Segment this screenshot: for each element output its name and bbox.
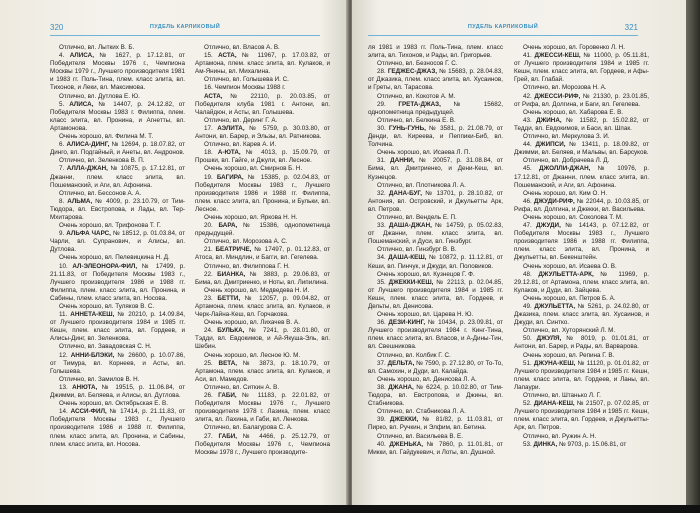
registry-entry: 41. ДЖЕССИ-КЕШ, № 11000, р. 05.11.81, от…	[514, 52, 649, 84]
entry-text: Отлично, вл. Безносов Г. С.	[377, 60, 458, 67]
entry-number: 46.	[523, 198, 532, 205]
dog-name: АЛ-ЭЛЕОНОРА-ФИЛ,	[72, 263, 137, 270]
entry-text: Очень хорошо, вл. Исаева Л. П.	[377, 149, 470, 156]
entry-text: Очень хорошо, вл. Исаева О. В.	[523, 263, 617, 270]
entry-text: Очень хорошо, вл. Репина Г. В.	[523, 352, 614, 359]
registry-entry: 12. АННИ-БЛЭКИ, № 26600, р. 10.07.86, от…	[50, 352, 185, 376]
dog-name: ДЖОЛЛИ-ДЖАН,	[539, 165, 590, 172]
registry-entry: 51. ДЖУНА-КЕШ, № 11120, р. 01.01.82, от …	[514, 360, 649, 392]
entry-number: 25.	[204, 360, 213, 367]
entry-text: Очень хорошо, вл. Соколова Т. М.	[523, 214, 623, 221]
entry-text: Очень хорошо, вл. Кузнецов Г. Ф.	[377, 271, 475, 278]
dog-name: АННЕТА-КЕШ,	[70, 311, 114, 318]
entry-number: 35.	[377, 279, 386, 286]
dog-name: ДЖЕККИ,	[390, 416, 418, 423]
entry-number: 27.	[204, 433, 213, 440]
text-column: Отлично, вл. Власов А. В.15. АСТА, № 119…	[195, 44, 330, 457]
dog-name: ДЖУЛЬЕТТА,	[534, 303, 575, 310]
entry-text: Отлично, вл. Колбик Г. С.	[377, 352, 451, 359]
grade-line: Отлично, вл. Голышева И. С.	[195, 76, 330, 84]
entry-text: Отлично, вл. Меркулова З. И.	[523, 133, 609, 140]
running-head: ПУДЕЛЬ КАРЛИКОВЫЙ	[368, 24, 638, 30]
dog-name: ДЖИНА,	[536, 117, 562, 124]
grade-line: Очень хорошо, вл. Петров Б. А.	[514, 295, 649, 303]
registry-entry: АСТА, № 22110, р. 20.03.85, от Победител…	[195, 93, 330, 117]
entry-text: № 14143, р. 07.12.82, от Победителя Моск…	[514, 222, 649, 261]
registry-entry: 5. АЛИСА, № 14407, р. 24.12.82, от Побед…	[50, 101, 185, 133]
entry-text: Отлично, вл. Штанько Л. Г.	[523, 392, 601, 399]
registry-entry: 11. АННЕТА-КЕШ, № 20210, р. 14.09.84, от…	[50, 311, 185, 343]
grade-line: Очень хорошо, вл. Исаева Л. П.	[368, 149, 503, 157]
entry-text: Отлично, вл. Власов А. В.	[204, 44, 280, 51]
dog-name: БАРА,	[219, 222, 238, 229]
grade-line: Отлично, вл. Филиппова Г. Н.	[195, 263, 330, 271]
entry-number: 23.	[204, 295, 213, 302]
entry-text: Отлично, вл. Васильева В. Е.	[377, 433, 463, 440]
registry-entry: 15. АСТА, № 11967, р. 17.03.82, от Артам…	[195, 52, 330, 76]
registry-entry: 29. ГРЕТА-ДЖАЗ, № 15682, однопометница п…	[368, 101, 503, 117]
entry-text: Отлично, вл. Кокотов А. М.	[377, 93, 455, 100]
entry-text: № 8019, р. 01.01.81, от Антони, вл. Баре…	[514, 335, 649, 350]
dog-name: АЛИСА,	[69, 101, 93, 108]
entry-text: Очень хорошо, вл. Пелевицкина Н. Д.	[59, 254, 170, 261]
entry-number: 45.	[523, 165, 532, 172]
grade-line: Очень хорошо, вл. Филина М. Т.	[50, 133, 185, 141]
grade-line: Очень хорошо, вл. Лихачев В. А.	[195, 319, 330, 327]
entry-text: Очень хорошо, вл. Ким О. Н.	[523, 190, 607, 197]
dog-name: ДЖЕССИ-РИФ,	[534, 93, 580, 100]
entry-number: 36.	[377, 319, 386, 326]
registry-entry: 34. ДАША-КЕШ, № 10872, р. 11.12.81, от К…	[368, 254, 503, 270]
entry-text: Отлично, вл. Завадовская С. Н.	[59, 343, 152, 350]
entry-number: 13.	[59, 384, 68, 391]
entry-text: Очень хорошо, вл. Октябрьская Е. В.	[59, 400, 168, 407]
dog-name: ДАНА-БУГ,	[389, 190, 422, 197]
entry-text: Чемпион Москвы 1988 г.	[215, 84, 286, 91]
entry-number: 38.	[377, 384, 386, 391]
dog-name: БИАНКА,	[217, 271, 245, 278]
entry-number: 6.	[59, 141, 64, 148]
registry-entry: 53. ДИНКА, № 9703, р. 15.06.81, от	[514, 441, 649, 449]
registry-entry: 27. ГАБИ, № 4466, р. 25.12.79, от Победи…	[195, 433, 330, 457]
entry-number: 20.	[204, 222, 213, 229]
dog-name: ГЕДЖЕС-ДЖАЗ,	[388, 68, 437, 75]
entry-text: Отлично, вл. Добрачева Л. Д.	[523, 157, 609, 164]
grade-line: Отлично, вл. Завадовская С. Н.	[50, 343, 185, 351]
entry-number: 12.	[59, 352, 68, 359]
dog-name: ГРЕТА-ДЖАЗ,	[398, 101, 440, 108]
registry-entry: 50. ДЖУЛЯ, № 8019, р. 01.01.81, от Антон…	[514, 335, 649, 351]
registry-entry: 45. ДЖОЛЛИ-ДЖАН, № 10976, р. 17.12.81, о…	[514, 165, 649, 189]
entry-text: Отлично, вл. Дутлова Е. Ю.	[59, 93, 140, 100]
grade-line: Отлично, вл. Плотникова Л. А.	[368, 182, 503, 190]
dog-name: АЛИСА,	[70, 52, 94, 59]
grade-line: Очень хорошо, вл. Смирнов Б. Н.	[195, 165, 330, 173]
grade-line: Очень хорошо, вл. Медведева Н. И.	[195, 287, 330, 295]
dog-name: АСТА,	[204, 93, 223, 100]
grade-line: Очень хорошо, вл. Царева Н. Ю.	[368, 311, 503, 319]
dog-name: АЛЬФА ЧАРС,	[66, 230, 111, 237]
entry-number: 44.	[523, 141, 532, 148]
entry-text: Отлично, вл. Деринг Г. А.	[204, 117, 277, 124]
entry-text: № 20057, р. 31.08.84, от Бима, вл. Дмитр…	[368, 157, 503, 180]
registry-entry: 33. ДАША-ДЖАН, № 14759, р. 05.02.83, от …	[368, 222, 503, 246]
registry-entry: 35. ДЖЕККИ-КЕШ, № 22113, р. 02.04.85, от…	[368, 279, 503, 311]
entry-text: Отлично, вл. Морозова А. С.	[204, 238, 288, 245]
text-column: Отлично, вл. Лытких В. Б.4. АЛИСА, № 162…	[50, 44, 185, 449]
grade-line: Отлично, вл. Хуторянский Л. М.	[514, 327, 649, 335]
dog-name: ДЖЕНЬКА,	[389, 441, 423, 448]
entry-text: № 11183, р. 22.01.82, от Победителя Моск…	[195, 392, 330, 423]
dog-name: А-ЮТА,	[218, 149, 241, 156]
grade-line: Очень хорошо, вл. Трифонова Т. Г.	[50, 222, 185, 230]
entry-text: № 11582, р. 15.02.82, от Тедди, вл. Евдо…	[514, 117, 649, 132]
entry-number: 10.	[59, 263, 68, 270]
grade-line: Очень хорошо, вл. Репина Г. В.	[514, 352, 649, 360]
registry-entry: 22. БИАНКА, № 3883, р. 29.06.83, от Бима…	[195, 271, 330, 287]
registry-entry: 30. ГУНЬ-ГУНЬ, № 3581, р. 21.08.79, от Д…	[368, 125, 503, 149]
grade-line: Очень хорошо, вл. Горовенко Л. Н.	[514, 44, 649, 52]
grade-line: Отлично, вл. Васильева В. Е.	[368, 433, 503, 441]
registry-entry: 23. БЕТТИ, № 12057, р. 09.04.82, от Арта…	[195, 295, 330, 319]
registry-entry: 43. ДЖИНА, № 11582, р. 15.02.82, от Тедд…	[514, 117, 649, 133]
entry-text: Отлично, вл. Плотникова Л. А.	[377, 182, 466, 189]
registry-entry: 49. ДЖУЛЬЕТТА, № 5261, р. 24.02.80, от Д…	[514, 303, 649, 327]
registry-entry: 21. БЕАТРИЧЕ, № 17497, р. 01.12.83, от А…	[195, 246, 330, 262]
dog-name: ДЖЕККИ-КЕШ,	[389, 279, 434, 286]
entry-text: Очень хорошо, вл. Медведева Н. И.	[204, 287, 309, 294]
entry-text: № 19515, р. 11.06.84, от Джимми, вл. Бел…	[50, 384, 185, 399]
entry-text: Очень хорошо, вл. Лесное Ю. М.	[204, 352, 300, 359]
grade-line: Очень хорошо, вл. Октябрьская Е. В.	[50, 400, 185, 408]
entry-text: № 7241, р. 28.01.80, от Тэдди, вл. Евдок…	[195, 327, 330, 350]
page-header: 320 ПУДЕЛЬ КАРЛИКОВЫЙ	[50, 23, 320, 36]
entry-number: 5.	[59, 101, 64, 108]
grade-line: Очень хорошо, вл. Кузнецов Г. Ф.	[368, 271, 503, 279]
dog-name: ДЖЕССИ-КЕШ,	[534, 52, 580, 59]
entry-text: Очень хорошо, вл. Лихачев В. А.	[204, 319, 300, 326]
dog-name: ГУНЬ-ГУНЬ,	[389, 125, 426, 132]
grade-line: Очень хорошо, вл. Ким О. Н.	[514, 190, 649, 198]
entry-text: Отлично, вл. Вендель Е. П.	[377, 214, 457, 221]
dog-name: АСТА,	[218, 52, 237, 59]
entry-number: 15.	[204, 52, 213, 59]
grade-line: Отлично, вл. Бессонов А. А.	[50, 190, 185, 198]
entry-number: 52.	[523, 400, 532, 407]
entry-text: Отлично, вл. Хуторянский Л. М.	[523, 327, 615, 334]
grade-line: Отлично, вл. Добрачева Л. Д.	[514, 157, 649, 165]
entry-number: 21.	[204, 246, 213, 253]
entry-text: Отлично, вл. Лытких В. Б.	[59, 44, 134, 51]
dog-name: БУЛЬКА,	[217, 327, 244, 334]
registry-entry: 40. ДЖЕНЬКА, № 7860, р. 11.01.81, от Мик…	[368, 441, 503, 457]
grade-line: Отлично, вл. Белкина Е. В.	[368, 117, 503, 125]
grade-line: Отлично, вл. Гинзбург В. В.	[368, 246, 503, 254]
registry-entry: 42. ДЖЕССИ-РИФ, № 21330, р. 23.01.85, от…	[514, 93, 649, 109]
entry-number: 51.	[523, 360, 532, 367]
dog-name: АЛЬМА,	[67, 198, 92, 205]
entry-text: Отлично, вл. Морозова Н. А.	[523, 84, 607, 91]
entry-number: 22.	[204, 271, 213, 278]
grade-line: Отлично, вл. Штанько Л. Г.	[514, 392, 649, 400]
entry-number: 7.	[59, 165, 64, 172]
entry-text: Отлично, вл. Белкина Е. В.	[377, 117, 456, 124]
registry-entry: 9. АЛЬФА ЧАРС, № 18512, р. 01.03.84, от …	[50, 230, 185, 254]
dog-name: ДИНКА,	[534, 441, 558, 448]
registry-entry: 37. ДЕЛЬТА, № 7590, р. 27.12.80, от То-Т…	[368, 360, 503, 376]
dog-name: ДЕЛЬТА,	[388, 360, 415, 367]
grade-line: Отлично, вл. Деринг Г. А.	[195, 117, 330, 125]
dog-name: АССИ-ФИЛ,	[71, 408, 107, 415]
dog-name: ГАБИ,	[219, 433, 238, 440]
registry-entry: 44. ДЖИПСИ, № 13411, р. 18.09.82, от Джи…	[514, 141, 649, 157]
entry-number: 19.	[204, 174, 213, 181]
entry-number: 8.	[59, 198, 64, 205]
entry-number: 34.	[377, 254, 386, 261]
entry-text: Отлично, вл. Зеленкова В. П.	[59, 157, 145, 164]
dog-name: АЛИСА-ДИНГ,	[67, 141, 110, 148]
registry-entry: 6. АЛИСА-ДИНГ, № 12694, р. 18.07.82, от …	[50, 141, 185, 157]
entry-number: 11.	[59, 311, 67, 318]
dog-name: ДЖУДИ-РИФ,	[534, 198, 575, 205]
registry-entry: 17. АЭЛИТА, № 5759, р. 30.03.80, от Анто…	[195, 125, 330, 141]
entry-number: 17.	[204, 125, 213, 132]
dog-name: ДЖУДИ,	[536, 222, 561, 229]
dog-name: БАГИРА,	[217, 174, 244, 181]
text-column: Очень хорошо, вл. Горовенко Л. Н.41. ДЖЕ…	[514, 44, 649, 449]
entry-number: 40.	[377, 441, 386, 448]
entry-number: 31.	[377, 157, 386, 164]
entry-text: Отлично, вл. Ситкин А. В.	[204, 384, 279, 391]
grade-line: Отлично, вл. Ружин А. Н.	[514, 433, 649, 441]
entry-number: 18.	[204, 149, 213, 156]
entry-text: Отлично, вл. Замилов В. Н.	[59, 376, 139, 383]
dog-name: ДАША-ДЖАН,	[389, 222, 432, 229]
registry-entry: 26. ГАБИ, № 11183, р. 22.01.82, от Побед…	[195, 392, 330, 424]
registry-entry: 16. Чемпион Москвы 1988 г.	[195, 84, 330, 92]
registry-entry: 10. АЛ-ЭЛЕОНОРА-ФИЛ, № 17499, р. 21.11.8…	[50, 263, 185, 303]
page-header: ПУДЕЛЬ КАРЛИКОВЫЙ 321	[368, 23, 638, 36]
entry-number: 29.	[377, 101, 386, 108]
entry-text: Очень хорошо, вл. Яркова Н. Н.	[204, 214, 297, 221]
grade-line: Отлично, вл. Зеленкова В. П.	[50, 157, 185, 165]
dog-name: ВЕТА,	[219, 360, 238, 367]
registry-entry: 18. А-ЮТА, № 4013, р. 15.09.79, от Прошк…	[195, 149, 330, 165]
grade-line: Отлично, вл. Карев А. И.	[195, 141, 330, 149]
dog-name: ДАННИ,	[390, 157, 414, 164]
scan-border	[0, 505, 700, 513]
registry-entry: 39. ДЖЕККИ, № 81/82, р. 11.03.81, от Пир…	[368, 416, 503, 432]
dog-name: АЭЛИТА,	[217, 125, 244, 132]
grade-line: Очень хорошо, вл. Денисова Л. А.	[368, 376, 503, 384]
entry-text: Отлично, вл. Карев А. И.	[204, 141, 276, 148]
registry-entry: ля 1981 и 1983 гг. Поль-Тина, плем. клас…	[368, 44, 503, 60]
entry-text: № 15385, р. 02.04.83, от Победителя Моск…	[195, 174, 330, 213]
entry-number: 4.	[59, 52, 64, 59]
entry-text: Очень хорошо, вл. Горовенко Л. Н.	[523, 44, 625, 51]
grade-line: Отлично, вл. Власов А. В.	[195, 44, 330, 52]
registry-entry: 20. БАРА, № 15386, однопометница предыду…	[195, 222, 330, 238]
entry-number: 47.	[523, 222, 532, 229]
entry-number: 26.	[204, 392, 213, 399]
entry-number: 42.	[523, 93, 532, 100]
dog-name: АННИ-БЛЭКИ,	[71, 352, 115, 359]
entry-text: № 4013, р. 15.09.79, от Прошки, вл. Гайг…	[195, 149, 330, 164]
grade-line: Очень хорошо, вл. Пелевицкина Н. Д.	[50, 254, 185, 262]
dog-name: ДЖИПСИ,	[535, 141, 565, 148]
dog-name: ДЕЗИ-КИНГ,	[388, 319, 425, 326]
entry-number: 43.	[523, 117, 532, 124]
registry-entry: 14. АССИ-ФИЛ, № 17414, р. 21.11.83, от П…	[50, 408, 185, 448]
entry-text: № 12057, р. 09.04.82, от Артамона, плем.…	[195, 295, 330, 318]
grade-line: Отлично, вл. Колбик Г. С.	[368, 352, 503, 360]
registry-entry: 38. ДЖАНА, № 6224, р. 10.02.80, от Тим-Т…	[368, 384, 503, 408]
entry-text: Очень хорошо, вл. Хабарова Е. В.	[523, 109, 623, 116]
running-head: ПУДЕЛЬ КАРЛИКОВЫЙ	[50, 24, 320, 30]
dog-name: ДЖАНА,	[388, 384, 414, 391]
text-column: ля 1981 и 1983 гг. Поль-Тина, плем. клас…	[368, 44, 503, 457]
left-page: 320 ПУДЕЛЬ КАРЛИКОВЫЙ Отлично, вл. Лытки…	[0, 0, 348, 505]
entry-text: Очень хорошо, вл. Трифонова Т. Г.	[59, 222, 161, 229]
registry-entry: 28. ГЕДЖЕС-ДЖАЗ, № 15683, р. 28.04.83, о…	[368, 68, 503, 92]
grade-line: Отлично, вл. Стабникова Л. А.	[368, 408, 503, 416]
grade-line: Очень хорошо, вл. Туляков В. С.	[50, 303, 185, 311]
registry-entry: 31. ДАННИ, № 20057, р. 31.08.84, от Бима…	[368, 157, 503, 181]
entry-number: 32.	[377, 190, 386, 197]
entry-text: Отлично, вл. Гинзбург В. В.	[377, 246, 457, 253]
entry-text: Очень хорошо, вл. Туляков В. С.	[59, 303, 154, 310]
registry-entry: 24. БУЛЬКА, № 7241, р. 28.01.80, от Тэдд…	[195, 327, 330, 351]
dog-name: АЛЛА-ДЖАН,	[67, 165, 108, 172]
dog-name: БЕТТИ,	[217, 295, 240, 302]
entry-text: № 15386, однопометница предыдущей.	[195, 222, 330, 237]
grade-line: Отлично, вл. Морозова Н. А.	[514, 84, 649, 92]
entry-text: Очень хорошо, вл. Смирнов Б. Н.	[204, 165, 302, 172]
grade-line: Отлично, вл. Замилов В. Н.	[50, 376, 185, 384]
registry-entry: 19. БАГИРА, № 15385, р. 02.04.83, от Поб…	[195, 174, 330, 214]
registry-entry: 48. ДЖУЛЬЕТТА-АРК, № 11969, р. 29.12.81,…	[514, 271, 649, 295]
entry-number: 30.	[377, 125, 386, 132]
entry-text: № 3883, р. 29.06.83, от Бима, вл. Дмитри…	[195, 271, 330, 286]
entry-number: 28.	[377, 68, 386, 75]
dog-name: ДЖУЛЯ,	[537, 335, 562, 342]
dog-name: ДЖУЛЬЕТТА-АРК,	[538, 271, 593, 278]
entry-text: № 9703, р. 15.06.81, от	[559, 441, 626, 448]
grade-line: Очень хорошо, вл. Соколова Т. М.	[514, 214, 649, 222]
dog-name: ДЖУНА-КЕШ,	[534, 360, 576, 367]
grade-line: Отлично, вл. Дутлова Е. Ю.	[50, 93, 185, 101]
dog-name: ДАША-КЕШ,	[388, 254, 426, 261]
entry-number: 9.	[59, 230, 64, 237]
entry-number: 16.	[204, 84, 213, 91]
book-edge	[686, 0, 700, 513]
grade-line: Очень хорошо, вл. Лесное Ю. М.	[195, 352, 330, 360]
entry-number: 37.	[377, 360, 386, 367]
entry-number: 49.	[523, 303, 532, 310]
grade-line: Отлично, вл. Ситкин А. В.	[195, 384, 330, 392]
dog-name: ДИАНА-КЕШ,	[534, 400, 575, 407]
registry-entry: 47. ДЖУДИ, № 14143, р. 07.12.82, от Побе…	[514, 222, 649, 262]
entry-text: № 5759, р. 30.03.80, от Антони, вл. Баре…	[195, 125, 330, 140]
registry-entry: 8. АЛЬМА, № 4009, р. 23.10.79, от Тим-Тю…	[50, 198, 185, 222]
entry-text: Отлично, вл. Бессонов А. А.	[59, 190, 141, 197]
registry-entry: 46. ДЖУДИ-РИФ, № 22044, р. 10.03.85, от …	[514, 198, 649, 214]
right-page: ПУДЕЛЬ КАРЛИКОВЫЙ 321 ля 1981 и 1983 гг.…	[352, 0, 686, 505]
entry-text: Очень хорошо, вл. Филина М. Т.	[59, 133, 153, 140]
registry-entry: 4. АЛИСА, № 1627, р. 17.12.81, от Победи…	[50, 52, 185, 92]
entry-text: ля 1981 и 1983 гг. Поль-Тина, плем. клас…	[368, 44, 503, 59]
registry-entry: 36. ДЕЗИ-КИНГ, № 10434, р. 23.09.81, от …	[368, 319, 503, 351]
page-number: 321	[625, 23, 638, 32]
registry-entry: 13. АНЮТА, № 19515, р. 11.06.84, от Джим…	[50, 384, 185, 400]
entry-number: 53.	[523, 441, 532, 448]
entry-number: 33.	[377, 222, 386, 229]
entry-number: 39.	[377, 416, 386, 423]
entry-number: 41.	[523, 52, 532, 59]
entry-text: Очень хорошо, вл. Царева Н. Ю.	[377, 311, 473, 318]
entry-text: Отлично, вл. Голышева И. С.	[204, 76, 289, 83]
grade-line: Отлично, вл. Лытких В. Б.	[50, 44, 185, 52]
entry-text: № 11967, р. 17.03.82, от Артамона, плем.…	[195, 52, 330, 75]
grade-line: Отлично, вл. Вендель Е. П.	[368, 214, 503, 222]
dog-name: ГАБИ,	[218, 392, 237, 399]
dog-name: АНЮТА,	[72, 384, 97, 391]
registry-entry: 52. ДИАНА-КЕШ, № 21507, р. 07.02.85, от …	[514, 400, 649, 432]
entry-text: Очень хорошо, вл. Денисова Л. А.	[377, 376, 477, 383]
entry-number: 24.	[204, 327, 213, 334]
grade-line: Очень хорошо, вл. Хабарова Е. В.	[514, 109, 649, 117]
registry-entry: 32. ДАНА-БУГ, № 13701, р. 28.10.82, от А…	[368, 190, 503, 214]
entry-text: Отлично, вл. Ружин А. Н.	[523, 433, 596, 440]
entry-text: № 81/82, р. 11.03.81, от Пирко, вл. Ручк…	[368, 416, 503, 431]
grade-line: Отлично, вл. Меркулова З. И.	[514, 133, 649, 141]
grade-line: Отлично, вл. Кокотов А. М.	[368, 93, 503, 101]
registry-entry: 7. АЛЛА-ДЖАН, № 10875, р. 17.12.81, от Д…	[50, 165, 185, 189]
entry-text: № 3873, р. 18.10.79, от Артамона, плем. …	[195, 360, 330, 383]
entry-text: Отлично, вл. Филиппова Г. Н.	[204, 263, 290, 270]
entry-number: 48.	[523, 271, 532, 278]
grade-line: Отлично, вл. Морозова А. С.	[195, 238, 330, 246]
grade-line: Очень хорошо, вл. Яркова Н. Н.	[195, 214, 330, 222]
grade-line: Очень хорошо, вл. Исаева О. В.	[514, 263, 649, 271]
grade-line: Отлично, вл. Безносов Г. С.	[368, 60, 503, 68]
dog-name: БЕАТРИЧЕ,	[216, 246, 252, 253]
entry-text: Отлично, вл. Стабникова Л. А.	[377, 408, 466, 415]
grade-line: Отлично, вл. Балагурова С. А.	[195, 424, 330, 432]
entry-number: 50.	[523, 335, 532, 342]
entry-text: Отлично, вл. Балагурова С. А.	[204, 424, 293, 431]
entry-text: № 4466, р. 25.12.79, от Победителя Москв…	[195, 433, 330, 456]
registry-entry: 25. ВЕТА, № 3873, р. 18.10.79, от Артамо…	[195, 360, 330, 384]
entry-text: Очень хорошо, вл. Петров Б. А.	[523, 295, 616, 302]
entry-number: 14.	[59, 408, 68, 415]
